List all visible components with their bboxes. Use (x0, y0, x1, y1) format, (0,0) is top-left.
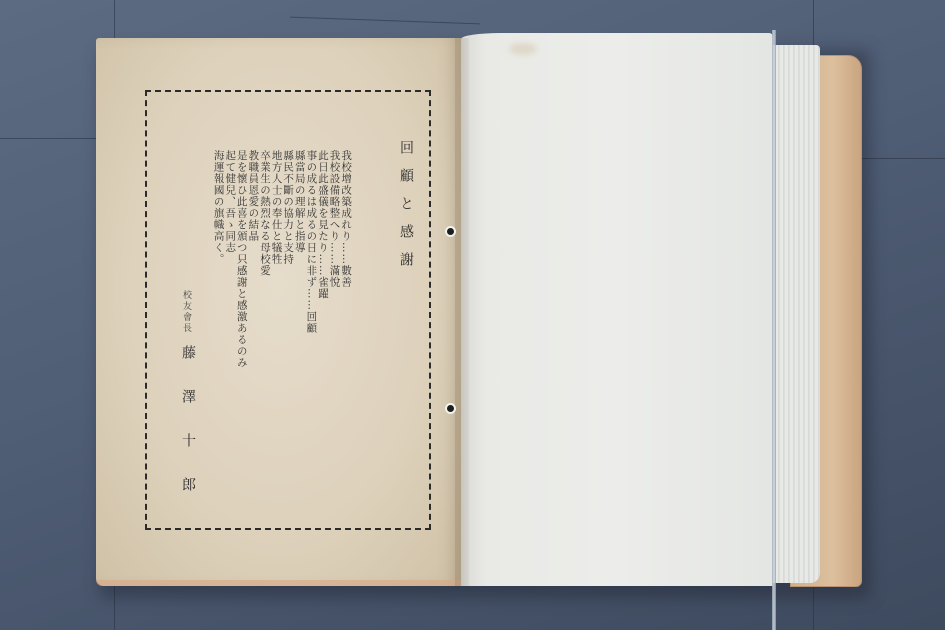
text-column: 我校設備略整へり……滿悅 (328, 150, 340, 380)
text-column: 起て健兒、吾ゝ同志 (224, 150, 236, 380)
mat-grid-line (290, 17, 480, 25)
book-gutter (455, 38, 469, 586)
text-column: 此日此盛儀を見たり……雀躍 (316, 150, 328, 380)
text-column: 是を懷ひ此喜を頒つ只感謝と感激あるのみ (235, 150, 247, 380)
text-column: 縣當局の理解と指導 (293, 150, 305, 380)
text-column: 卒業生の熱烈なる母校愛 (258, 150, 270, 380)
stain (509, 43, 537, 55)
staple (447, 405, 454, 412)
mat-grid-line (0, 138, 100, 139)
text-column: 地方人士の奉仕と犠牲 (270, 150, 282, 380)
text-column: 教職員恩愛の結晶 (247, 150, 259, 380)
signer-name: 藤澤十郎 (178, 345, 198, 521)
text-column: 事の成るは成るの日に非ず……回顧 (305, 150, 317, 380)
staple (447, 228, 454, 235)
text-column: 海運報國の旗幟高く。 (212, 150, 224, 380)
text-column: 縣民不斷の協力と支持 (282, 150, 294, 380)
right-page (461, 33, 773, 586)
mat-grid-line (860, 158, 945, 159)
text-column: 我校增改築成れり……數善 (340, 150, 352, 380)
glass-weight-rod (772, 30, 776, 630)
signer-role: 校友會長 (180, 290, 193, 334)
body-text: 我校增改築成れり……數善 我校設備略整へり……滿悅 此日此盛儀を見たり……雀躍 … (212, 150, 351, 380)
page-title: 回顧と感謝 (396, 140, 416, 280)
